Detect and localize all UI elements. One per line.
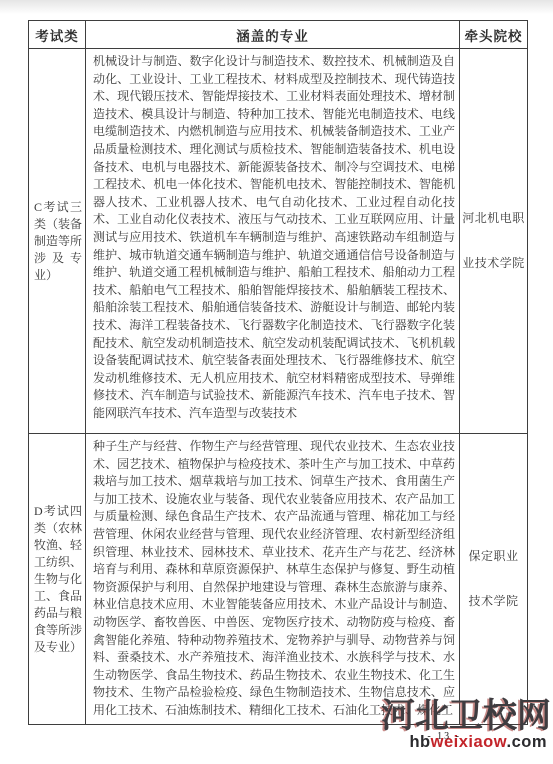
exam-category-d: D考试四类（农林牧渔、轻工纺织、生物与化工、食品药品与粮食等所涉及专业） bbox=[29, 434, 86, 725]
table-header-row: 考试类 涵盖的专业 牵头院校 bbox=[29, 21, 528, 49]
scan-artifact-top bbox=[0, 0, 553, 14]
institution-line: 河北机电职 bbox=[460, 196, 527, 241]
watermark-site-url: hbweixiaow.com bbox=[381, 734, 547, 751]
table-row-exam-d: D考试四类（农林牧渔、轻工纺织、生物与化工、食品药品与粮食等所涉及专业） 种子生… bbox=[29, 434, 528, 725]
majors-table: 考试类 涵盖的专业 牵头院校 C考试三类（装备制造等所涉及专业） 机械设计与制造… bbox=[28, 20, 528, 725]
header-covered-majors: 涵盖的专业 bbox=[86, 21, 460, 49]
header-lead-institution: 牵头院校 bbox=[460, 21, 528, 49]
header-exam-category: 考试类 bbox=[29, 21, 86, 49]
watermark-url-suffix: .com bbox=[506, 733, 547, 751]
institution-line: 业技术学院 bbox=[460, 241, 527, 286]
site-watermark: 河北卫校网 hbweixiaow.com bbox=[381, 699, 551, 751]
majors-list-d: 种子生产与经营、作物生产与经营管理、现代农业技术、生态农业技术、园艺技术、植物保… bbox=[86, 434, 460, 725]
majors-text-d: 种子生产与经营、作物生产与经营管理、现代农业技术、生态农业技术、园艺技术、植物保… bbox=[86, 434, 459, 724]
institution-d: 保定职业 技术学院 bbox=[460, 434, 528, 725]
table-row-exam-c: C考试三类（装备制造等所涉及专业） 机械设计与制造、数字化设计与制造技术、数控技… bbox=[29, 49, 528, 434]
page-number: - 13 - bbox=[427, 731, 461, 742]
institution-c: 河北机电职 业技术学院 bbox=[460, 49, 528, 434]
majors-text-c: 机械设计与制造、数字化设计与制造技术、数控技术、机械制造及自动化、工业设计、工业… bbox=[86, 49, 459, 433]
institution-line: 保定职业 bbox=[460, 534, 527, 579]
exam-category-c: C考试三类（装备制造等所涉及专业） bbox=[29, 49, 86, 434]
majors-list-c: 机械设计与制造、数字化设计与制造技术、数控技术、机械制造及自动化、工业设计、工业… bbox=[86, 49, 460, 434]
institution-line: 技术学院 bbox=[460, 579, 527, 624]
watermark-site-name: 河北卫校网 bbox=[381, 699, 551, 733]
